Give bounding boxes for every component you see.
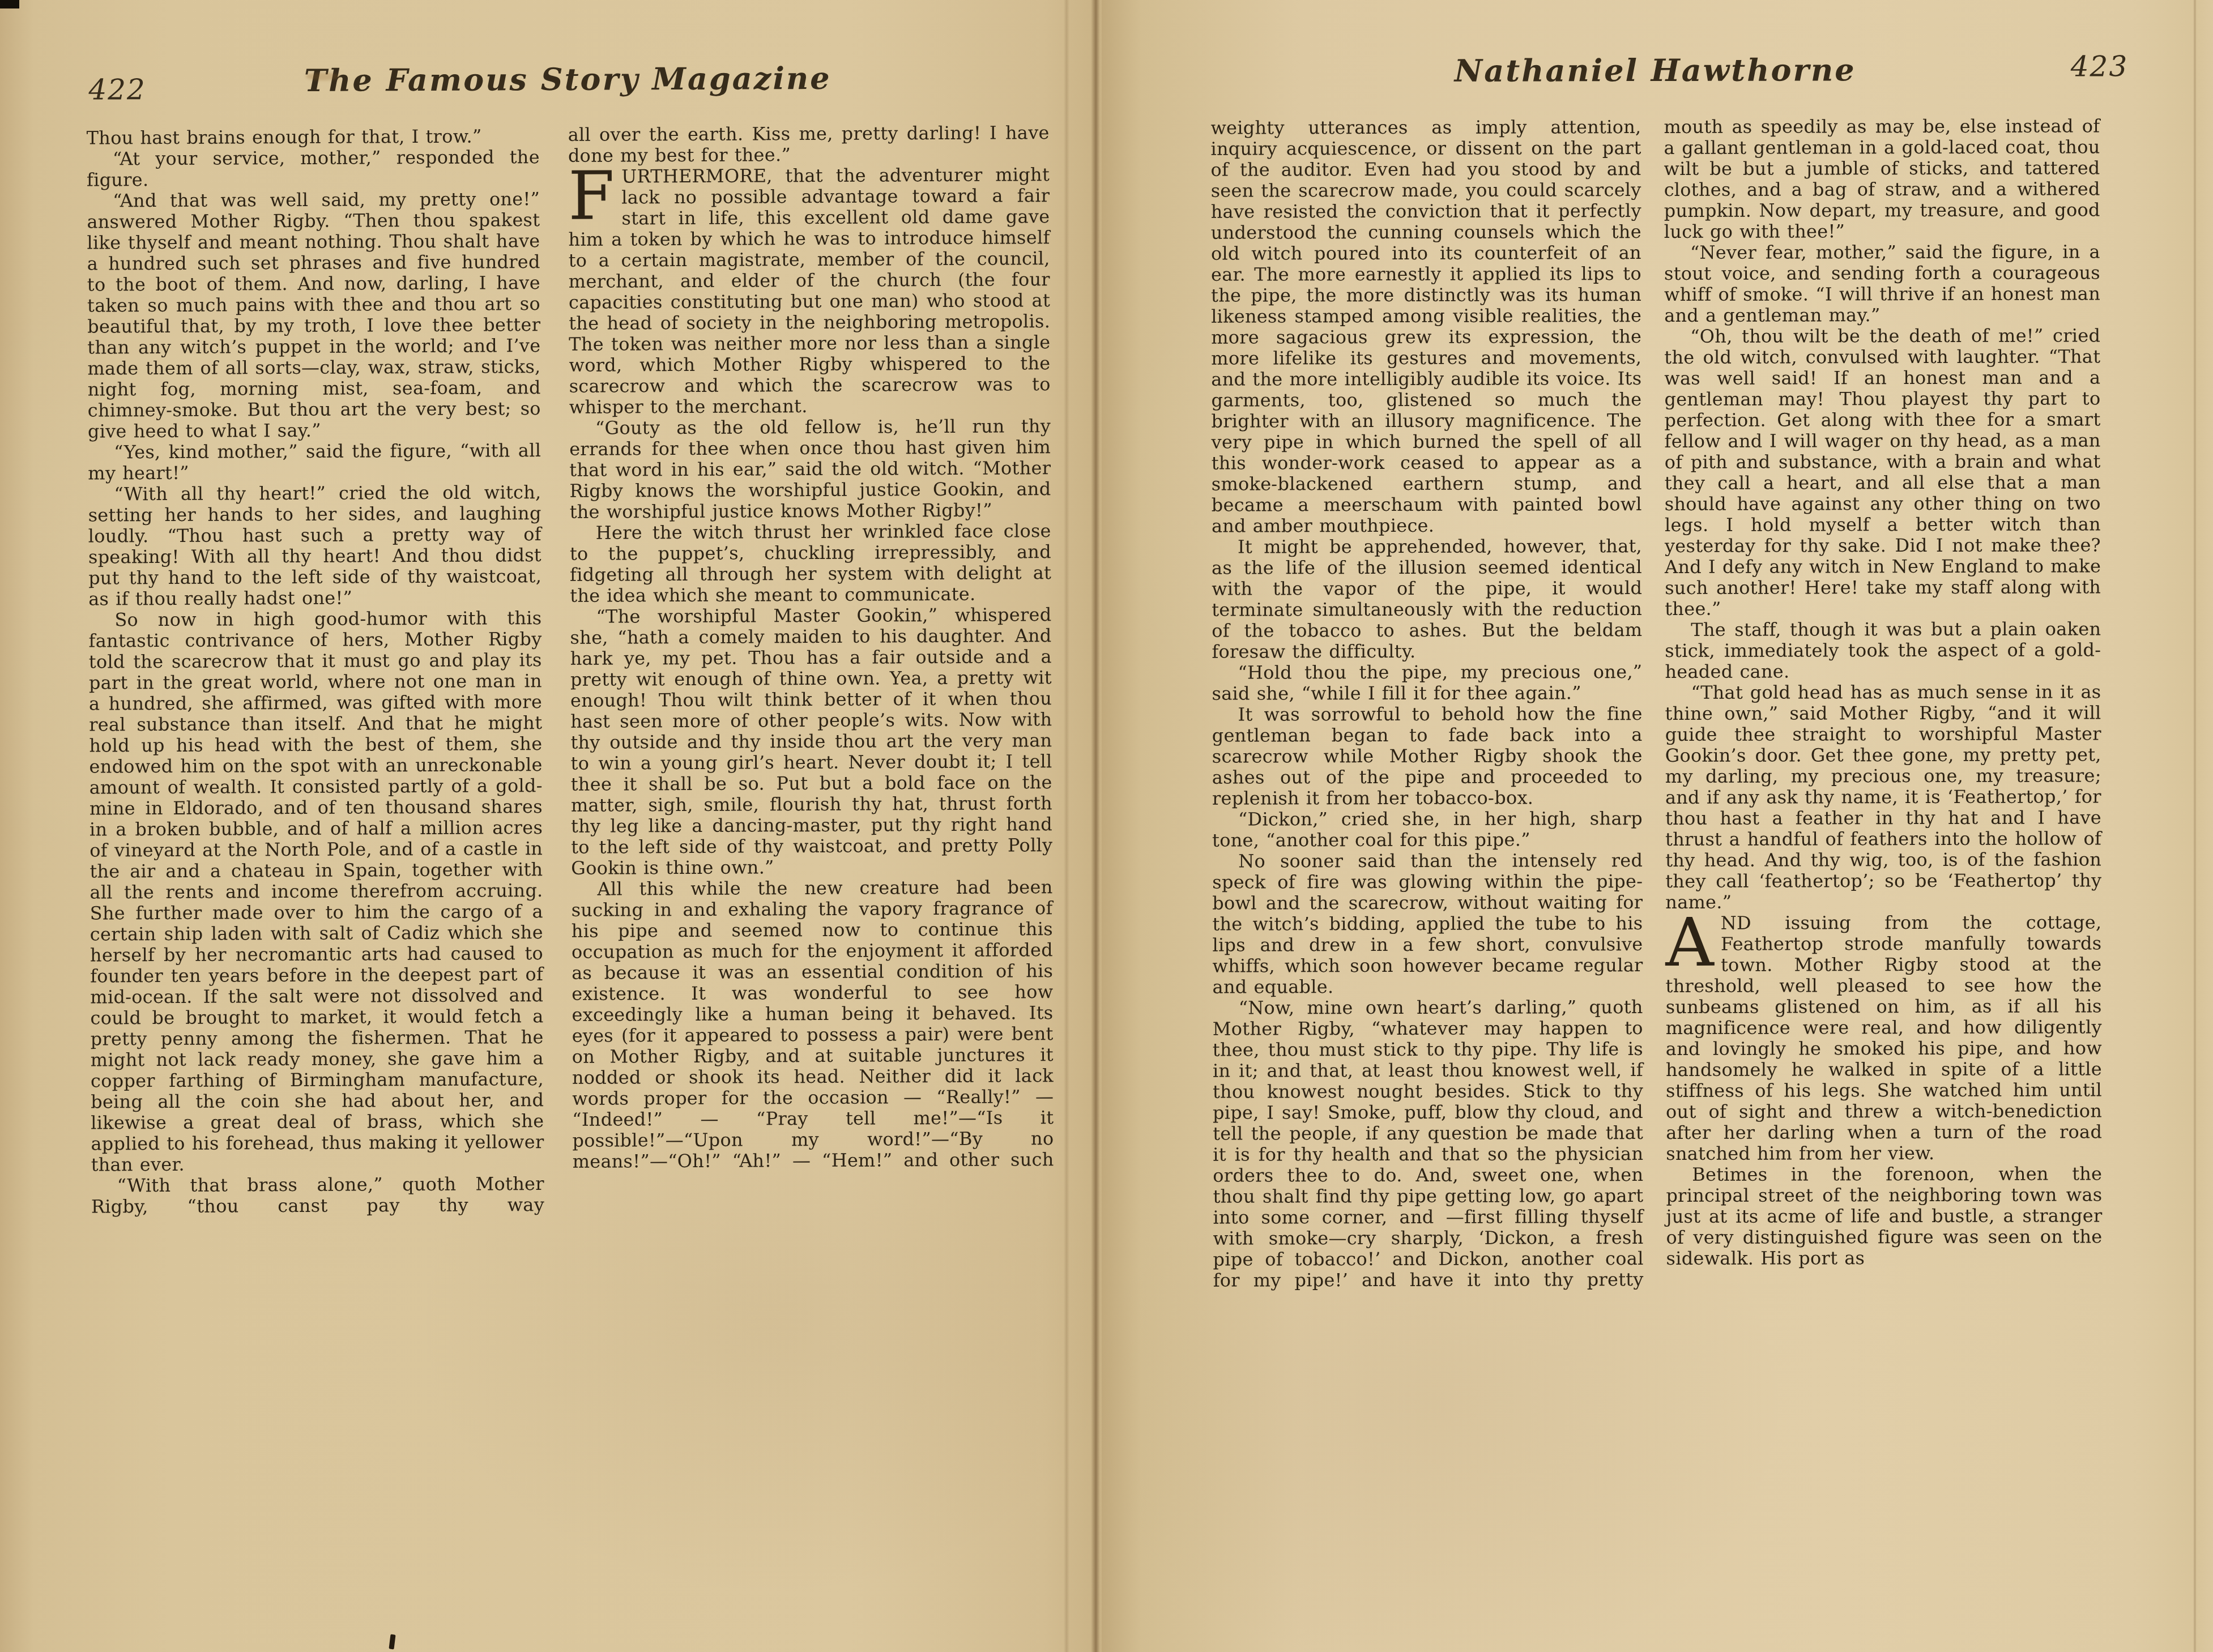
paragraph: “Oh, thou wilt be the death of me!” crie… [1664, 325, 2101, 620]
paragraph: Thou hast brains enough for that, I trow… [87, 126, 540, 148]
paragraph: “Never fear, mother,” said the figure, i… [1664, 241, 2100, 326]
page-left: 422 The Famous Story Magazine Thou hast … [0, 0, 1102, 1652]
text-column-1: Thou hast brains enough for that, I trow… [87, 126, 546, 1589]
paragraph: “With all thy heart!” cried the old witc… [88, 482, 541, 609]
text-column-3: weighty utterances as imply attention, i… [1210, 117, 1644, 1590]
paragraph: Here the witch thrust her wrinkled face … [570, 520, 1052, 607]
running-title-author: Nathaniel Hawthorne [1179, 51, 2131, 89]
page-left-content: 422 The Famous Story Magazine Thou hast … [0, 0, 1102, 1652]
binding-fold-shadow [1064, 0, 1069, 1652]
paragraph: “With that brass alone,” quoth Mother Ri… [91, 1173, 544, 1217]
text-column-4: mouth as speedily as may be, else instea… [1664, 116, 2103, 1589]
paragraph: “And that was well said, my pretty one!”… [87, 189, 541, 442]
paragraph: AND issuing from the cottage, Feathertop… [1665, 912, 2102, 1164]
page-right-content: Nathaniel Hawthorne 423 weighty utteranc… [1102, 0, 2213, 1652]
paragraph: all over the earth. Kiss me, pretty darl… [568, 122, 1050, 167]
page-right: Nathaniel Hawthorne 423 weighty utteranc… [1102, 0, 2213, 1652]
paper-stain [306, 72, 340, 80]
paragraph: “Dickon,” cried she, in her high, sharp … [1212, 808, 1643, 851]
paragraph: Betimes in the forenoon, when the princi… [1666, 1163, 2102, 1269]
paragraph: “Hold thou the pipe, my precious one,” s… [1212, 661, 1642, 705]
paragraph: “Now, mine own heart’s darling,” quoth M… [1213, 997, 1644, 1291]
page-fore-edge [2193, 0, 2197, 1652]
drop-cap-letter: A [1665, 913, 1721, 970]
paragraph: It was sorrowful to behold how the fine … [1212, 703, 1643, 809]
page-number-right: 423 [2015, 50, 2128, 83]
paragraph: “Yes, kind mother,” said the figure, “wi… [88, 440, 541, 484]
paragraph: It might be apprehended, however, that, … [1212, 536, 1642, 663]
book-spread-scan: 422 The Famous Story Magazine Thou hast … [0, 0, 2213, 1652]
paragraph: So now in high good-humor with this fant… [88, 608, 544, 1175]
paragraph: “The worshipful Master Gookin,” whispere… [570, 604, 1052, 879]
paragraph: FURTHERMORE, that the adventurer might l… [568, 164, 1051, 418]
paragraph-text: ND issuing from the cottage, Feathertop … [1666, 911, 2103, 1164]
paragraph: mouth as speedily as may be, else instea… [1664, 116, 2100, 242]
paragraph: The staff, though it was but a plain oak… [1665, 618, 2101, 682]
paragraph-text: URTHERMORE, that the adventurer might la… [568, 164, 1050, 418]
paragraph: “That gold head has as much sense in it … [1665, 681, 2101, 913]
scan-corner-notch [0, 0, 19, 8]
paragraph: No sooner said than the intensely red sp… [1212, 850, 1643, 998]
paragraph: “Gouty as the old fellow is, he’ll run t… [569, 416, 1051, 523]
paragraph: weighty utterances as imply attention, i… [1210, 117, 1642, 537]
drop-cap-letter: F [568, 166, 622, 223]
text-column-2: all over the earth. Kiss me, pretty darl… [568, 122, 1056, 1586]
binding-gutter [1091, 0, 1100, 1652]
running-title-magazine: The Famous Story Magazine [86, 59, 1049, 99]
paragraph: All this while the new creature had been… [571, 877, 1054, 1172]
paragraph: “At your service, mother,” responded the… [87, 147, 540, 190]
